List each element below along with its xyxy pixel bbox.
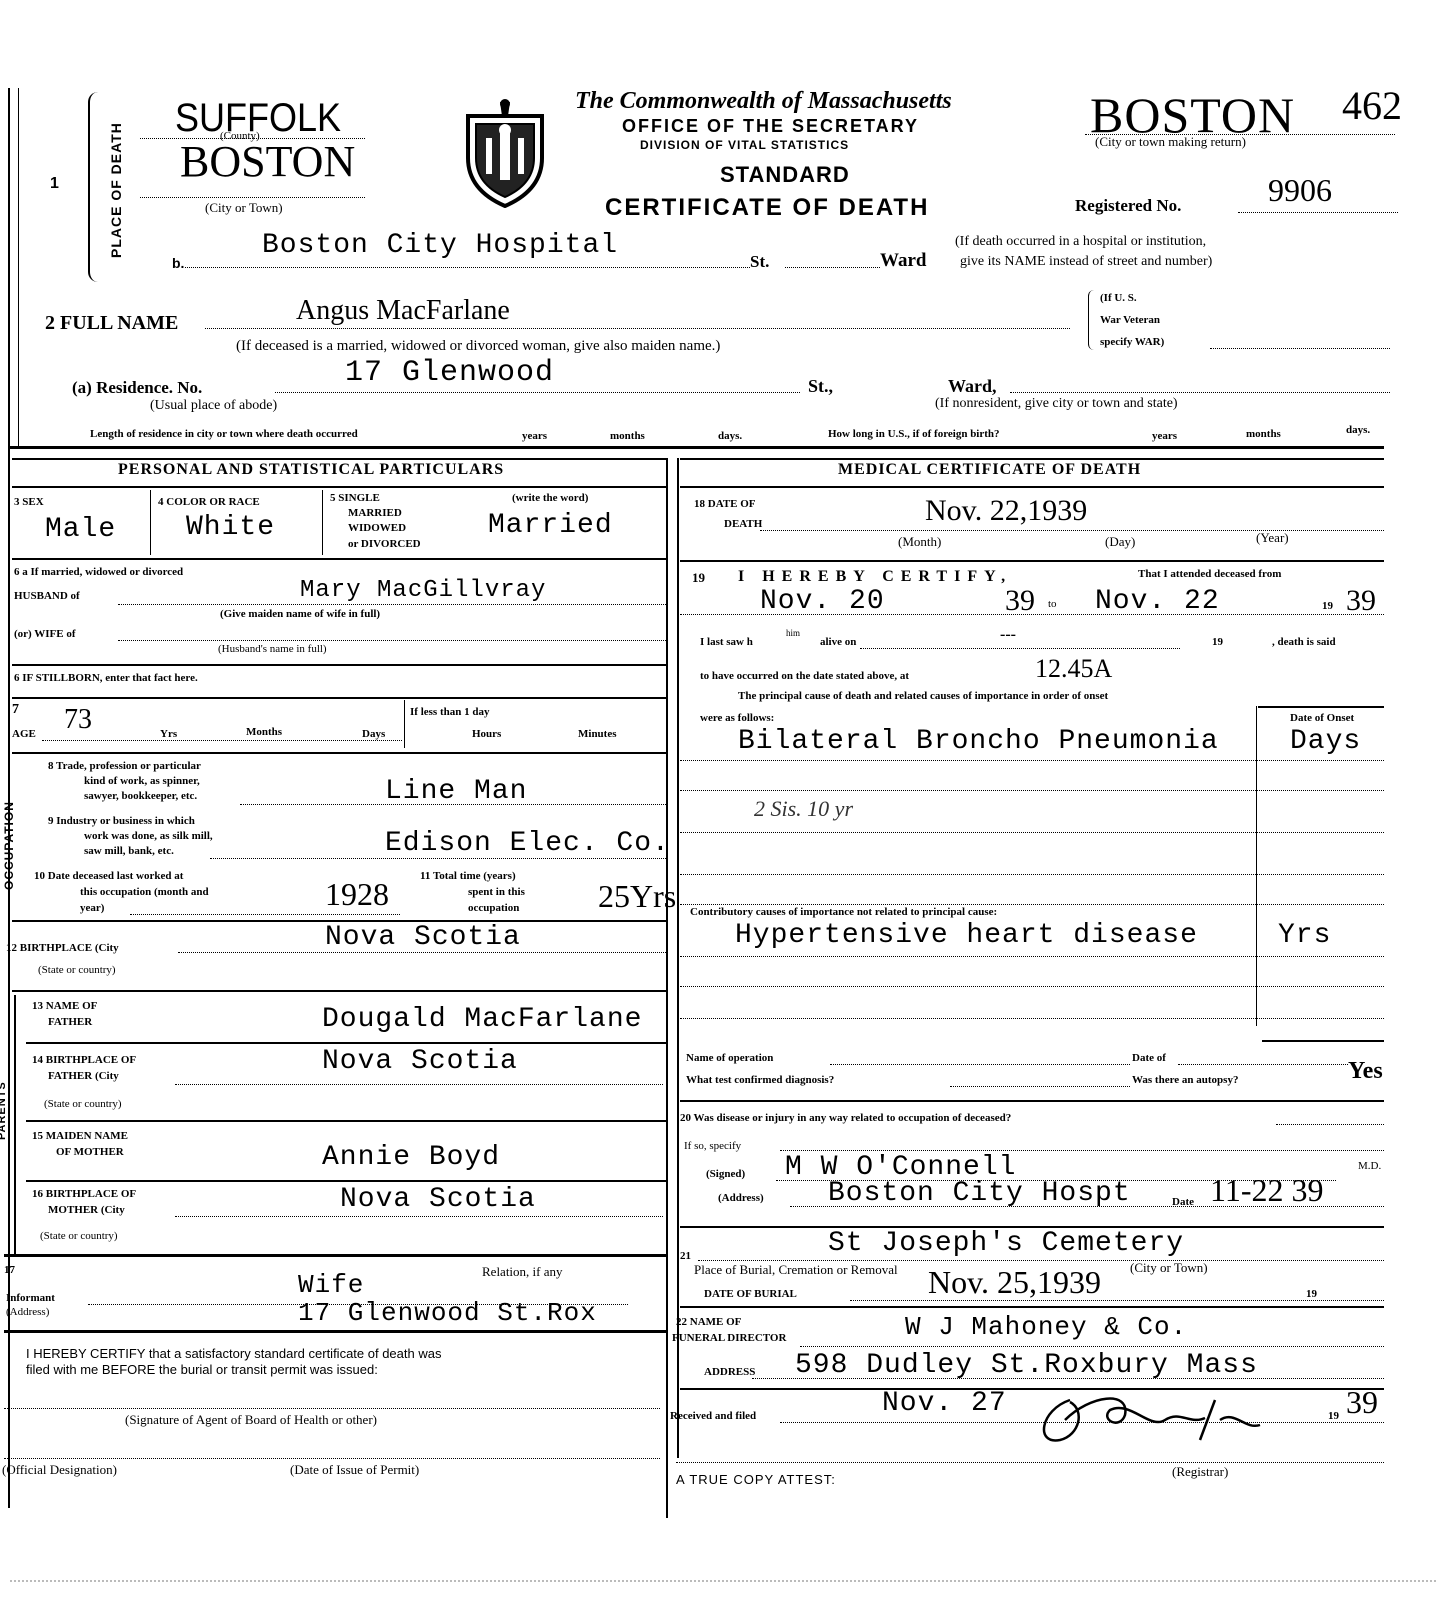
mother-birth-sub: (State or country)	[40, 1230, 118, 1242]
full-name-line	[205, 328, 1070, 329]
commonwealth-title: The Commonwealth of Massachusetts	[575, 88, 952, 115]
date-of-death-value: Nov. 22,1939	[925, 494, 1087, 528]
date-of-death-label-2: DEATH	[724, 518, 762, 530]
registered-no-label: Registered No.	[1075, 196, 1181, 216]
husband-caption: (Give maiden name of wife in full)	[220, 608, 380, 620]
hours-label: Hours	[472, 728, 501, 740]
veteran-line-2: War Veteran	[1100, 314, 1160, 326]
principal-cause-label: The principal cause of death and related…	[738, 690, 1108, 702]
sex-value: Male	[45, 514, 116, 545]
last-worked-label-1: 10 Date deceased last worked at	[34, 870, 183, 882]
autopsy-value: Yes	[1348, 1058, 1383, 1085]
wife-line	[118, 640, 666, 641]
father-bottom-line	[26, 1042, 666, 1044]
operation-label: Name of operation	[686, 1052, 773, 1064]
onset-column-divider	[1256, 706, 1257, 1026]
informant-address-value: 17 Glenwood St.Rox	[298, 1298, 597, 1328]
us-label: How long in U.S., if of foreign birth?	[828, 428, 1000, 440]
permit-certify-2: filed with me BEFORE the burial or trans…	[26, 1362, 378, 1377]
residence-label: (a) Residence. No.	[72, 378, 202, 398]
mother-label-2: OF MOTHER	[56, 1146, 124, 1158]
city-line	[140, 197, 365, 198]
certificate-title: CERTIFICATE OF DEATH	[605, 194, 929, 222]
hospital-line-prefix: b.	[172, 255, 184, 271]
father-birth-value: Nova Scotia	[322, 1046, 518, 1077]
division-title: DIVISION OF VITAL STATISTICS	[640, 138, 849, 152]
date-of-death-bottom-line	[680, 560, 1384, 562]
wife-caption: (Husband's name in full)	[218, 643, 327, 655]
trade-value: Line Man	[385, 776, 527, 807]
sex-race-divider	[150, 490, 151, 555]
hospital-note-1: (If death occurred in a hospital or inst…	[955, 234, 1206, 250]
registrar-line	[676, 1462, 1384, 1463]
certify-text: I HEREBY CERTIFY,	[738, 568, 1012, 586]
operation-date-label: Date of	[1132, 1052, 1166, 1064]
director-line	[800, 1346, 1384, 1347]
column-divider	[666, 458, 668, 1518]
relation-label: Relation, if any	[482, 1264, 563, 1280]
operation-line	[830, 1064, 1130, 1065]
father-birth-sub: (State or country)	[44, 1098, 122, 1110]
us-days: days.	[1346, 424, 1370, 436]
marital-option-divorced: or DIVORCED	[348, 538, 421, 550]
medical-title-line	[680, 486, 1384, 488]
registrar-signature-icon	[1030, 1390, 1290, 1450]
parents-bracket	[14, 995, 16, 1255]
industry-label-2: work was done, as silk mill,	[84, 830, 213, 842]
age-yrs-label: Yrs	[160, 728, 177, 740]
burial-place-value: St Joseph's Cemetery	[828, 1228, 1184, 1259]
physician-date-value: 11-22 39	[1210, 1172, 1323, 1209]
total-time-label-3: occupation	[468, 902, 519, 914]
birthplace-bottom-line	[12, 990, 666, 992]
residence-line	[275, 392, 800, 393]
birthplace-sub: (State or country)	[38, 964, 116, 976]
date-of-death-line	[760, 530, 1384, 531]
were-as-follows-label: were as follows:	[700, 712, 774, 724]
massachusetts-seal-icon	[460, 98, 550, 208]
nonresident-note: (If nonresident, give city or town and s…	[935, 396, 1178, 412]
age-divider	[404, 700, 405, 748]
last-saw-sub: him	[786, 628, 800, 638]
birthplace-label: 12 BIRTHPLACE (City	[6, 942, 119, 954]
contrib-line-2	[680, 986, 1384, 987]
contributory-label: Contributory causes of importance not re…	[690, 906, 997, 918]
industry-value: Edison Elec. Co.	[385, 828, 670, 859]
received-value: Nov. 27	[882, 1388, 1007, 1419]
stillborn-label: 6 IF STILLBORN, enter that fact here.	[14, 672, 198, 684]
veteran-brace	[1088, 290, 1097, 350]
received-year-prefix: 19	[1328, 1410, 1339, 1422]
physician-date-label: Date	[1172, 1196, 1194, 1208]
veteran-line-3: specify WAR)	[1100, 336, 1164, 348]
attended-to-value: Nov. 22	[1095, 586, 1220, 617]
last-worked-line	[130, 914, 400, 915]
permit-official-caption: (Official Designation)	[2, 1462, 117, 1478]
registrar-caption: (Registrar)	[1172, 1464, 1228, 1480]
burial-date-value: Nov. 25,1939	[928, 1264, 1101, 1301]
attended-to-year-prefix: 19	[1322, 600, 1333, 612]
principal-duration-value: Days	[1290, 726, 1361, 757]
wife-bottom-line	[12, 664, 666, 666]
cause-line-1	[680, 760, 1384, 761]
date-of-onset-label: Date of Onset	[1290, 712, 1354, 724]
office-title: OFFICE OF THE SECRETARY	[622, 116, 919, 137]
wife-label: (or) WIFE of	[14, 628, 76, 640]
mother-value: Annie Boyd	[322, 1142, 500, 1173]
father-birth-line	[175, 1084, 663, 1085]
mother-label-1: 15 MAIDEN NAME	[32, 1130, 128, 1142]
husband-of-value: Mary MacGillvray	[300, 577, 546, 604]
trade-label-3: sawyer, bookkeeper, etc.	[84, 790, 197, 802]
hospital-value: Boston City Hospital	[262, 230, 618, 261]
sex-label: 3 SEX	[14, 496, 44, 508]
q20-label: 20 Was disease or injury in any way rela…	[680, 1112, 1011, 1124]
burial-date-label: DATE OF BURIAL	[704, 1288, 797, 1300]
ward-label: Ward	[880, 250, 926, 272]
burial-year-prefix: 19	[1306, 1288, 1317, 1300]
residence-value: 17 Glenwood	[345, 356, 554, 390]
length-years: years	[522, 430, 547, 442]
burial-bottom-line	[680, 1306, 1384, 1308]
physician-address-label: (Address)	[718, 1192, 764, 1204]
cause-line-3	[680, 832, 1384, 833]
return-city-caption: (City or town making return)	[1095, 134, 1246, 150]
onset-bottom-line	[1262, 1040, 1384, 1042]
industry-label-1: 9 Industry or business in which	[48, 815, 195, 827]
last-saw-label: I last saw h	[700, 636, 753, 648]
occurred-label: to have occurred on the date stated abov…	[700, 670, 909, 682]
certify-number: 19	[692, 570, 705, 586]
age-line	[42, 740, 402, 741]
medical-top-line	[680, 458, 1384, 460]
header-divider	[8, 446, 1384, 449]
mother-bottom-line	[26, 1180, 666, 1182]
father-label-1: 13 NAME OF	[32, 1000, 97, 1012]
medical-section-title: MEDICAL CERTIFICATE OF DEATH	[838, 461, 1141, 479]
return-number: 462	[1342, 82, 1402, 129]
informant-address-label: (Address)	[6, 1306, 49, 1318]
onset-top-line	[1258, 706, 1384, 708]
hospital-note-2: give its NAME instead of street and numb…	[960, 254, 1212, 270]
full-name-caption: (If deceased is a married, widowed or di…	[236, 338, 720, 355]
contributory-duration-value: Yrs	[1278, 920, 1331, 951]
occupation-side-label: OCCUPATION	[2, 801, 16, 890]
total-time-label-2: spent in this	[468, 886, 525, 898]
last-worked-label-3: year)	[80, 902, 104, 914]
md-label: M.D.	[1358, 1160, 1381, 1172]
marital-option-single: 5 SINGLE	[330, 492, 380, 504]
director-label-1: 22 NAME OF	[676, 1316, 741, 1328]
received-label: Received and filed	[670, 1410, 756, 1422]
cause-line-4	[680, 874, 1384, 875]
standard-title: STANDARD	[720, 162, 850, 188]
true-copy-attest: A TRUE COPY ATTEST:	[676, 1472, 836, 1487]
husband-label: HUSBAND of	[14, 590, 80, 602]
length-months: months	[610, 430, 645, 442]
attended-to-word: to	[1048, 598, 1057, 610]
parents-bottom-line	[4, 1254, 666, 1257]
footer-dotted-border	[10, 1580, 1436, 1588]
burial-number: 21	[680, 1250, 691, 1262]
test-line	[950, 1086, 1130, 1087]
father-birth-bottom-line	[26, 1120, 666, 1122]
day-caption: (Day)	[1105, 534, 1135, 550]
registered-no-value: 9906	[1268, 172, 1332, 209]
informant-number: 17	[4, 1264, 15, 1276]
personal-top-line	[12, 458, 666, 460]
less-than-day-label: If less than 1 day	[410, 706, 489, 718]
attended-to-year: 39	[1346, 584, 1376, 618]
director-value: W J Mahoney & Co.	[905, 1312, 1187, 1342]
race-label: 4 COLOR OR RACE	[158, 496, 260, 508]
st-label: St.	[750, 252, 769, 272]
father-label-2: FATHER	[48, 1016, 92, 1028]
city-value: BOSTON	[180, 136, 355, 187]
father-value: Dougald MacFarlane	[322, 1004, 642, 1035]
director-label-2: FUNERAL DIRECTOR	[672, 1332, 786, 1344]
cause-line-2	[680, 790, 1384, 791]
relation-value: Wife	[298, 1270, 364, 1300]
race-marital-divider	[322, 490, 323, 555]
mother-birth-line	[175, 1216, 663, 1217]
item-number-1: 1	[50, 175, 59, 193]
physician-address-value: Boston City Hospt	[828, 1178, 1131, 1209]
burial-city-caption: (City or Town)	[1130, 1260, 1208, 1276]
spouse-intro: 6 a If married, widowed or divorced	[14, 566, 183, 578]
burial-place-line	[698, 1260, 1384, 1261]
personal-title-line	[12, 486, 666, 488]
mother-birth-label-2: MOTHER (City	[48, 1204, 125, 1216]
brace	[88, 92, 102, 282]
informant-label: Informant	[6, 1292, 55, 1304]
marital-value: Married	[488, 510, 613, 541]
marital-option-married: MARRIED	[348, 507, 402, 519]
permit-date-caption: (Date of Issue of Permit)	[290, 1462, 419, 1478]
us-months: months	[1246, 428, 1281, 440]
trade-label-1: 8 Trade, profession or particular	[48, 760, 201, 772]
specify-line	[780, 1150, 1384, 1151]
st-line	[785, 267, 880, 268]
minutes-label: Minutes	[578, 728, 617, 740]
marital-hint: (write the word)	[512, 492, 588, 504]
contrib-line-1	[680, 956, 1384, 957]
hospital-line	[185, 267, 750, 268]
year-caption: (Year)	[1256, 530, 1289, 546]
autopsy-label: Was there an autopsy?	[1132, 1074, 1238, 1086]
autopsy-bottom-line	[680, 1100, 1384, 1102]
age-number: 7	[12, 702, 19, 718]
age-value: 73	[64, 704, 92, 736]
father-birth-label-1: 14 BIRTHPLACE OF	[32, 1054, 136, 1066]
operation-date-line	[1178, 1064, 1348, 1065]
birthplace-value: Nova Scotia	[325, 922, 521, 953]
month-caption: (Month)	[898, 534, 941, 550]
length-days: days.	[718, 430, 742, 442]
burial-place-caption: Place of Burial, Cremation or Removal	[694, 1262, 898, 1278]
residence-ward-line	[1010, 392, 1390, 393]
residence-ward-label: Ward,	[948, 376, 997, 397]
residence-caption: (Usual place of abode)	[150, 398, 277, 414]
full-name-label: 2 FULL NAME	[45, 312, 178, 335]
certify-tail: That I attended deceased from	[1138, 568, 1281, 580]
attended-from-value: Nov. 20	[760, 586, 885, 617]
permit-signature-caption: (Signature of Agent of Board of Health o…	[125, 1412, 377, 1428]
city-caption: (City or Town)	[205, 200, 283, 216]
us-years: years	[1152, 430, 1177, 442]
received-year: 39	[1346, 1384, 1378, 1421]
last-worked-label-2: this occupation (month and	[80, 886, 209, 898]
left-border-inner	[18, 88, 19, 448]
handwritten-note: 2 Sis. 10 yr	[754, 796, 853, 822]
last-saw-line	[860, 648, 1180, 649]
length-residence-label: Length of residence in city or town wher…	[90, 428, 358, 440]
father-birth-label-2: FATHER (City	[48, 1070, 119, 1082]
mother-birth-value: Nova Scotia	[340, 1184, 536, 1215]
permit-official-line	[4, 1458, 660, 1459]
stillborn-bottom-line	[12, 697, 666, 699]
age-bottom-line	[12, 752, 666, 754]
registered-no-line	[1238, 212, 1398, 213]
permit-signature-line	[4, 1408, 660, 1409]
marital-bottom-line	[12, 558, 666, 560]
full-name-value: Angus MacFarlane	[296, 295, 510, 327]
contrib-line-3	[680, 1018, 1384, 1019]
q20-line	[1276, 1124, 1384, 1125]
attended-from-year: 39	[1005, 584, 1035, 618]
contributory-cause-value: Hypertensive heart disease	[735, 920, 1198, 951]
date-of-death-label-1: 18 DATE OF	[694, 498, 756, 510]
personal-section-title: PERSONAL AND STATISTICAL PARTICULARS	[118, 461, 504, 479]
last-saw-year: 19	[1212, 636, 1223, 648]
last-worked-value: 1928	[325, 876, 389, 913]
husband-line	[118, 604, 666, 605]
cause-line-5	[680, 904, 1384, 905]
parents-side-label: PARENTS	[0, 1081, 8, 1140]
marital-option-widowed: WIDOWED	[348, 522, 406, 534]
signed-label: (Signed)	[706, 1168, 745, 1180]
director-address-label: ADDRESS	[704, 1366, 755, 1378]
principal-cause-value: Bilateral Broncho Pneumonia	[738, 726, 1219, 757]
total-time-label-1: 11 Total time (years)	[420, 870, 516, 882]
director-address-value: 598 Dudley St.Roxbury Mass	[795, 1350, 1258, 1381]
death-said-label: , death is said	[1272, 636, 1336, 648]
industry-label-3: saw mill, bank, etc.	[84, 845, 174, 857]
age-months-label: Months	[246, 726, 282, 738]
specify-label: If so, specify	[684, 1140, 741, 1152]
test-label: What test confirmed diagnosis?	[686, 1074, 834, 1086]
time-of-death-value: 12.45A	[1035, 654, 1112, 684]
residence-st-label: St.,	[808, 376, 833, 397]
race-value: White	[186, 512, 275, 543]
age-label: AGE	[12, 728, 36, 740]
alive-on-label: alive on	[820, 636, 856, 648]
age-days-label: Days	[362, 728, 385, 740]
veteran-line-1: (If U. S.	[1100, 292, 1137, 304]
mother-birth-label-1: 16 BIRTHPLACE OF	[32, 1188, 136, 1200]
place-of-death-side-label: PLACE OF DEATH	[108, 122, 124, 258]
last-saw-value: ---	[1000, 626, 1016, 644]
column-divider-2	[677, 458, 679, 1458]
permit-certify-1: I HEREBY CERTIFY that a satisfactory sta…	[26, 1346, 441, 1361]
trade-label-2: kind of work, as spinner,	[84, 775, 200, 787]
veteran-line	[1210, 348, 1390, 349]
informant-bottom-line	[4, 1330, 666, 1333]
total-time-value: 25Yrs	[598, 878, 676, 915]
